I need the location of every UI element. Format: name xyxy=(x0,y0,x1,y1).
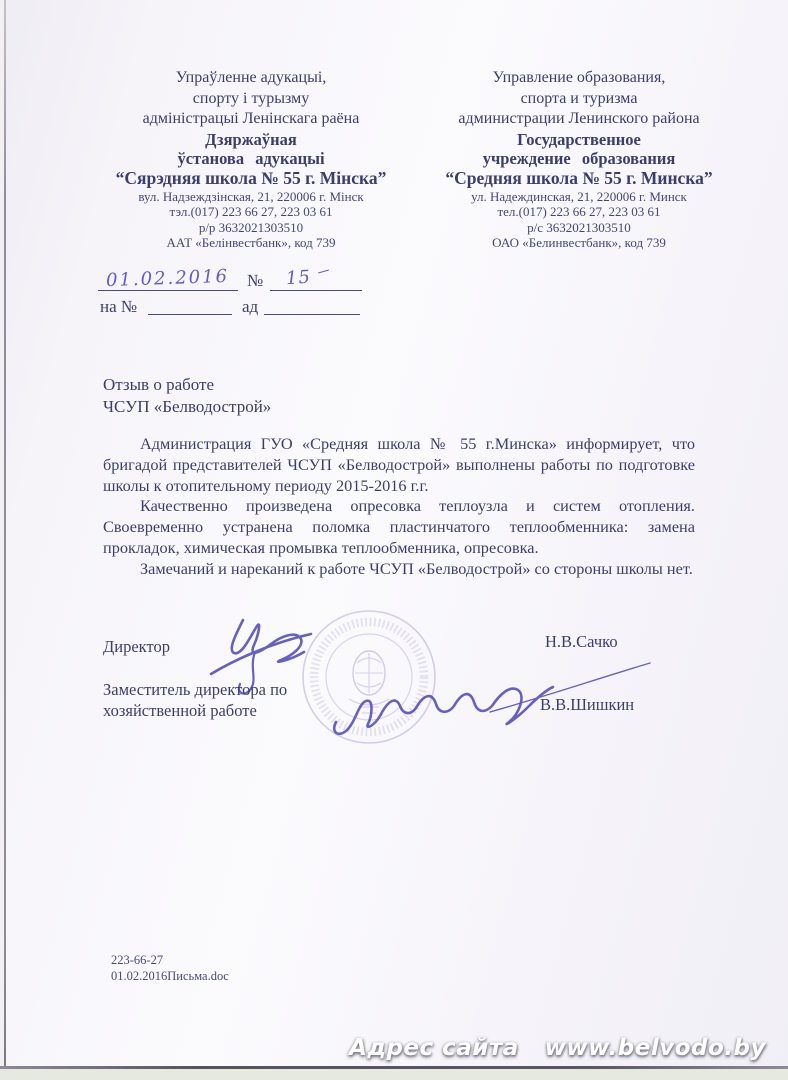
body-paragraph: Качественно произведена опресовка теплоу… xyxy=(103,496,695,558)
account-line: р/с 3632021303510 xyxy=(424,220,734,236)
phone-line: тэл.(017) 223 66 27, 223 03 61 xyxy=(95,204,407,220)
school-name: “Средняя школа № 55 г. Минска” xyxy=(424,168,734,188)
footer-block: 223-66-27 01.02.2016Письма.doc xyxy=(111,953,229,984)
bank-line: ААТ «Белінвестбанк», код 739 xyxy=(95,235,407,251)
subject-line: ЧСУП «Белводострой» xyxy=(103,396,271,418)
letterhead-russian: Управление образования, спорта и туризма… xyxy=(424,68,734,251)
outgoing-date-field: 01.02.2016 xyxy=(98,268,238,291)
pen-flourish xyxy=(318,270,329,274)
letter-subject: Отзыв о работе ЧСУП «Белводострой» xyxy=(103,374,271,417)
subject-line: Отзыв о работе xyxy=(103,374,271,396)
body-paragraph: Замечаний и нареканий к работе ЧСУП «Бел… xyxy=(103,559,695,580)
document-filename: 01.02.2016Письма.doc xyxy=(111,969,229,985)
reply-date-label: ад xyxy=(242,297,258,317)
handwritten-date: 01.02.2016 xyxy=(106,266,230,291)
letterhead-belarusian: Упраўленне адукацыі, спорту і турызму ад… xyxy=(95,68,407,251)
org-line: администрации Ленинского района xyxy=(424,109,734,130)
reply-number-label: на № xyxy=(100,297,137,317)
institution-line: учреждение образования xyxy=(424,149,734,168)
org-line: спорту і турызму xyxy=(95,89,407,110)
watermark-label: Адрес сайта xyxy=(349,1035,519,1061)
address-line: вул. Надзеждзінская, 21, 220006 г. Мінск xyxy=(95,189,407,205)
director-title: Директор xyxy=(103,636,170,657)
deputy-title-line1: Заместитель директора по xyxy=(103,679,287,700)
deputy-title-line2: хозяйственной работе xyxy=(103,700,257,721)
org-line: спорта и туризма xyxy=(424,89,734,110)
institution-line: Государственное xyxy=(424,130,734,149)
org-line: адміністрацыі Ленінскага раёна xyxy=(95,109,407,130)
org-line: Упраўленне адукацыі, xyxy=(95,68,407,89)
reply-number-field xyxy=(148,294,232,315)
school-name: “Сярэдняя школа № 55 г. Мінска” xyxy=(95,168,407,188)
executor-phone: 223-66-27 xyxy=(111,953,229,969)
handwritten-number: 15 xyxy=(269,267,311,291)
body-paragraph: Администрация ГУО «Средняя школа № 55 г.… xyxy=(103,434,695,496)
scan-left-edge-line xyxy=(4,0,6,1066)
institution-line: Дзяржаўная xyxy=(95,130,407,149)
institution-line: ўстанова адукацыі xyxy=(95,149,407,168)
bank-line: ОАО «Белинвестбанк», код 739 xyxy=(424,235,734,251)
address-line: ул. Надеждинская, 21, 220006 г. Минск xyxy=(424,189,734,205)
account-line: р/р 3632021303510 xyxy=(95,220,407,236)
watermark-url: www.belvodo.by xyxy=(545,1035,766,1061)
org-line: Управление образования, xyxy=(424,68,734,89)
number-label: № xyxy=(247,271,263,291)
reply-date-field xyxy=(264,294,360,315)
director-name: Н.В.Сачко xyxy=(545,631,618,652)
deputy-name: В.В.Шишкин xyxy=(540,694,634,715)
scanned-letter-page: Упраўленне адукацыі, спорту і турызму ад… xyxy=(0,0,788,1080)
site-watermark: Адрес сайта www.belvodo.by xyxy=(0,1035,766,1061)
outgoing-number-field: 15 xyxy=(270,268,362,291)
phone-line: тел.(017) 223 66 27, 223 03 61 xyxy=(424,204,734,220)
letter-body: Администрация ГУО «Средняя школа № 55 г.… xyxy=(103,434,695,580)
scanner-bed-strip xyxy=(0,1069,788,1080)
